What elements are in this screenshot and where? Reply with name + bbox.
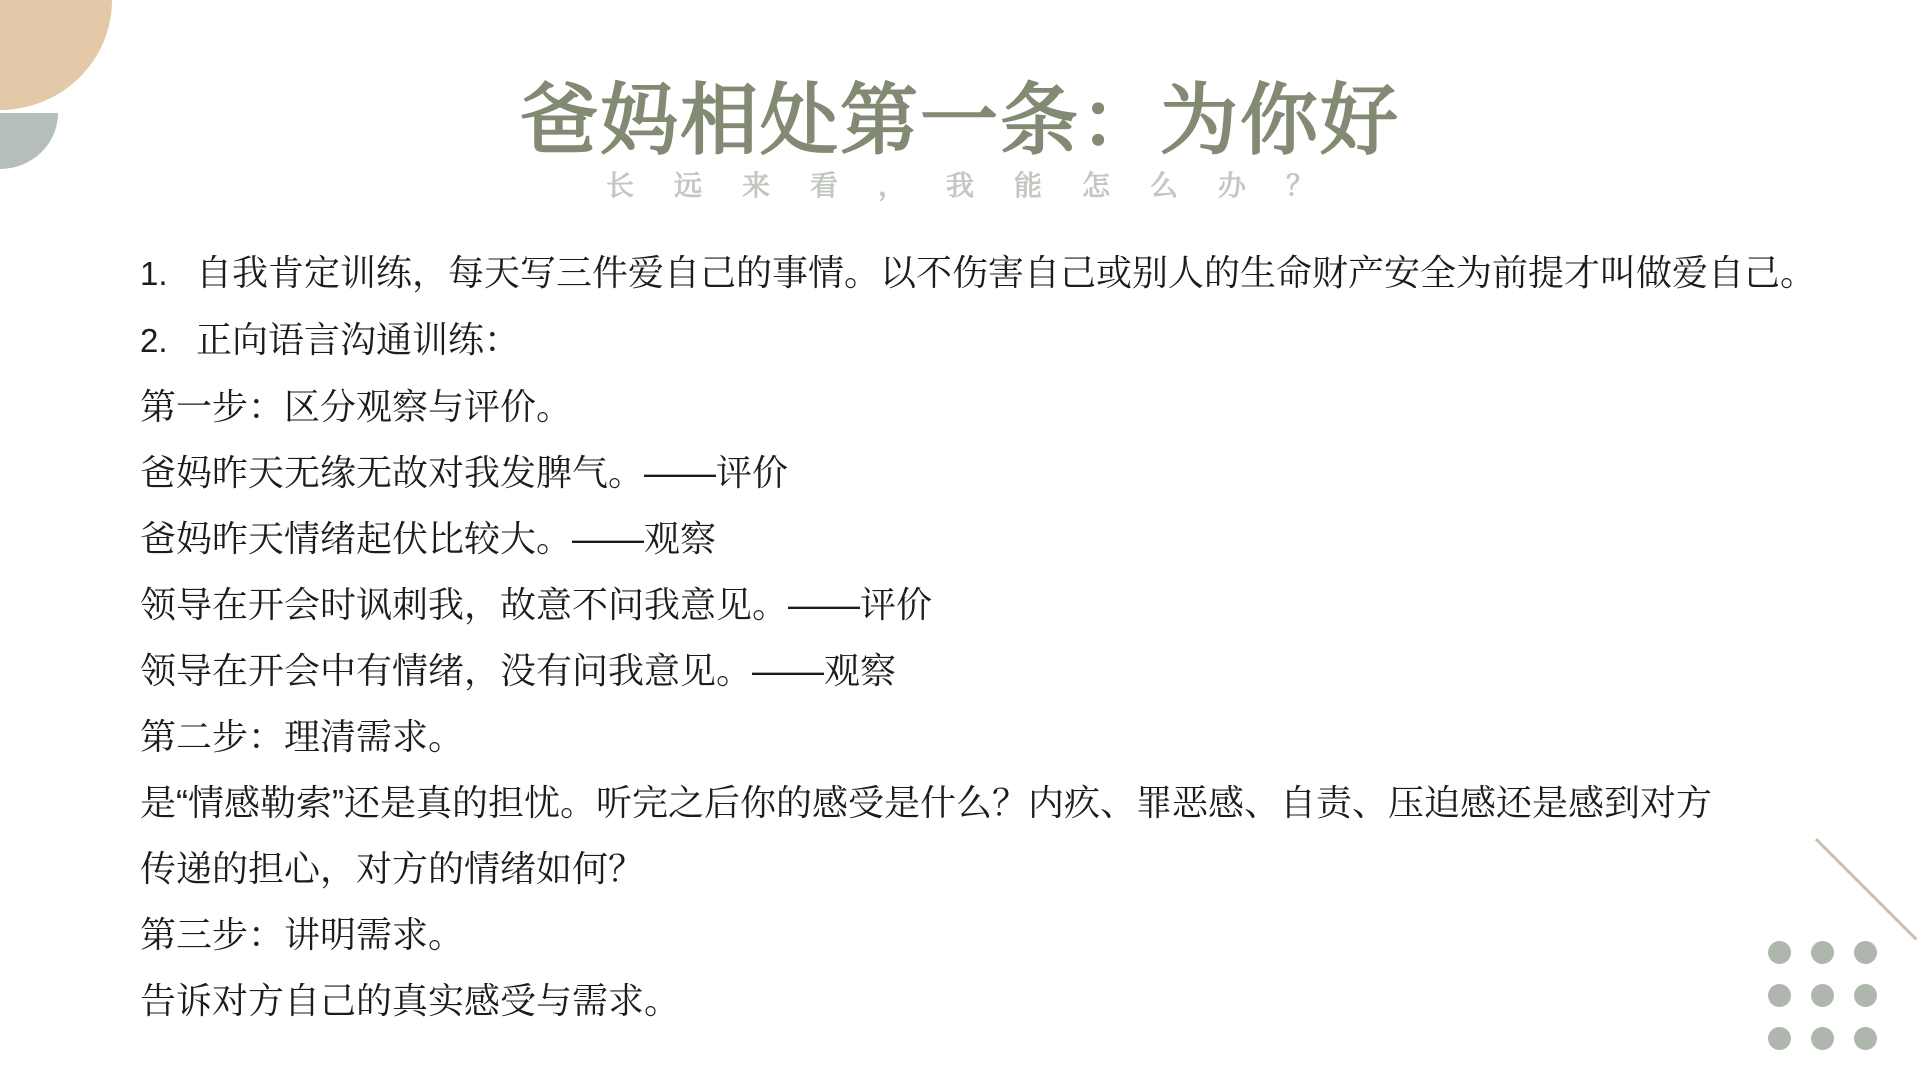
line-text: 第三步：讲明需求。 [140,914,464,955]
line-text: 爸妈昨天情绪起伏比较大。——观察 [140,518,716,559]
decor-dot [1768,941,1791,964]
slide-subtitle: 长远来看，我能怎么办？ [0,164,1920,204]
body-line: 1. 自我肯定训练，每天写三件爱自己的事情。以不伤害自己或别人的生命财产安全为前… [140,240,1870,307]
line-text: 是“情感勒索”还是真的担忧。听完之后你的感受是什么？内疚、罪恶感、自责、压迫感还… [140,782,1712,823]
line-text: 领导在开会中有情绪，没有问我意见。——观察 [140,650,896,691]
body-line: 领导在开会时讽刺我，故意不问我意见。——评价 [140,572,1870,638]
slide-body-text: 1. 自我肯定训练，每天写三件爱自己的事情。以不伤害自己或别人的生命财产安全为前… [140,240,1870,1034]
line-number: 1. [140,241,186,307]
body-line: 2. 正向语言沟通训练： [140,307,1870,374]
body-line: 爸妈昨天无缘无故对我发脾气。——评价 [140,440,1870,506]
decor-dot [1811,984,1834,1007]
body-line: 第二步：理清需求。 [140,704,1870,770]
line-text: 传递的担心，对方的情绪如何？ [140,848,644,889]
decor-dot [1768,1027,1791,1050]
body-line: 领导在开会中有情绪，没有问我意见。——观察 [140,638,1870,704]
decor-dot [1768,984,1791,1007]
body-line: 告诉对方自己的真实感受与需求。 [140,968,1870,1034]
line-text: 爸妈昨天无缘无故对我发脾气。——评价 [140,452,788,493]
body-line: 爸妈昨天情绪起伏比较大。——观察 [140,506,1870,572]
line-text: 正向语言沟通训练： [196,319,520,360]
decor-dot [1811,1027,1834,1050]
presentation-slide: 爸妈相处第一条：为你好 长远来看，我能怎么办？ 1. 自我肯定训练，每天写三件爱… [0,0,1920,1080]
body-line: 第三步：讲明需求。 [140,902,1870,968]
decor-dot [1811,941,1834,964]
body-line: 传递的担心，对方的情绪如何？ [140,836,1870,902]
body-line: 是“情感勒索”还是真的担忧。听完之后你的感受是什么？内疚、罪恶感、自责、压迫感还… [140,770,1870,836]
body-line: 第一步：区分观察与评价。 [140,374,1870,440]
line-number: 2. [140,308,186,374]
slide-title: 爸妈相处第一条：为你好 [0,78,1920,162]
dot-grid-decoration [1768,941,1877,1050]
line-text: 第二步：理清需求。 [140,716,464,757]
line-text: 领导在开会时讽刺我，故意不问我意见。——评价 [140,584,932,625]
decor-dot [1854,984,1877,1007]
decor-dot [1854,1027,1877,1050]
line-text: 自我肯定训练，每天写三件爱自己的事情。以不伤害自己或别人的生命财产安全为前提才叫… [196,252,1816,293]
line-text: 告诉对方自己的真实感受与需求。 [140,980,680,1021]
slide-header: 爸妈相处第一条：为你好 长远来看，我能怎么办？ [0,0,1920,204]
line-text: 第一步：区分观察与评价。 [140,386,572,427]
decor-dot [1854,941,1877,964]
